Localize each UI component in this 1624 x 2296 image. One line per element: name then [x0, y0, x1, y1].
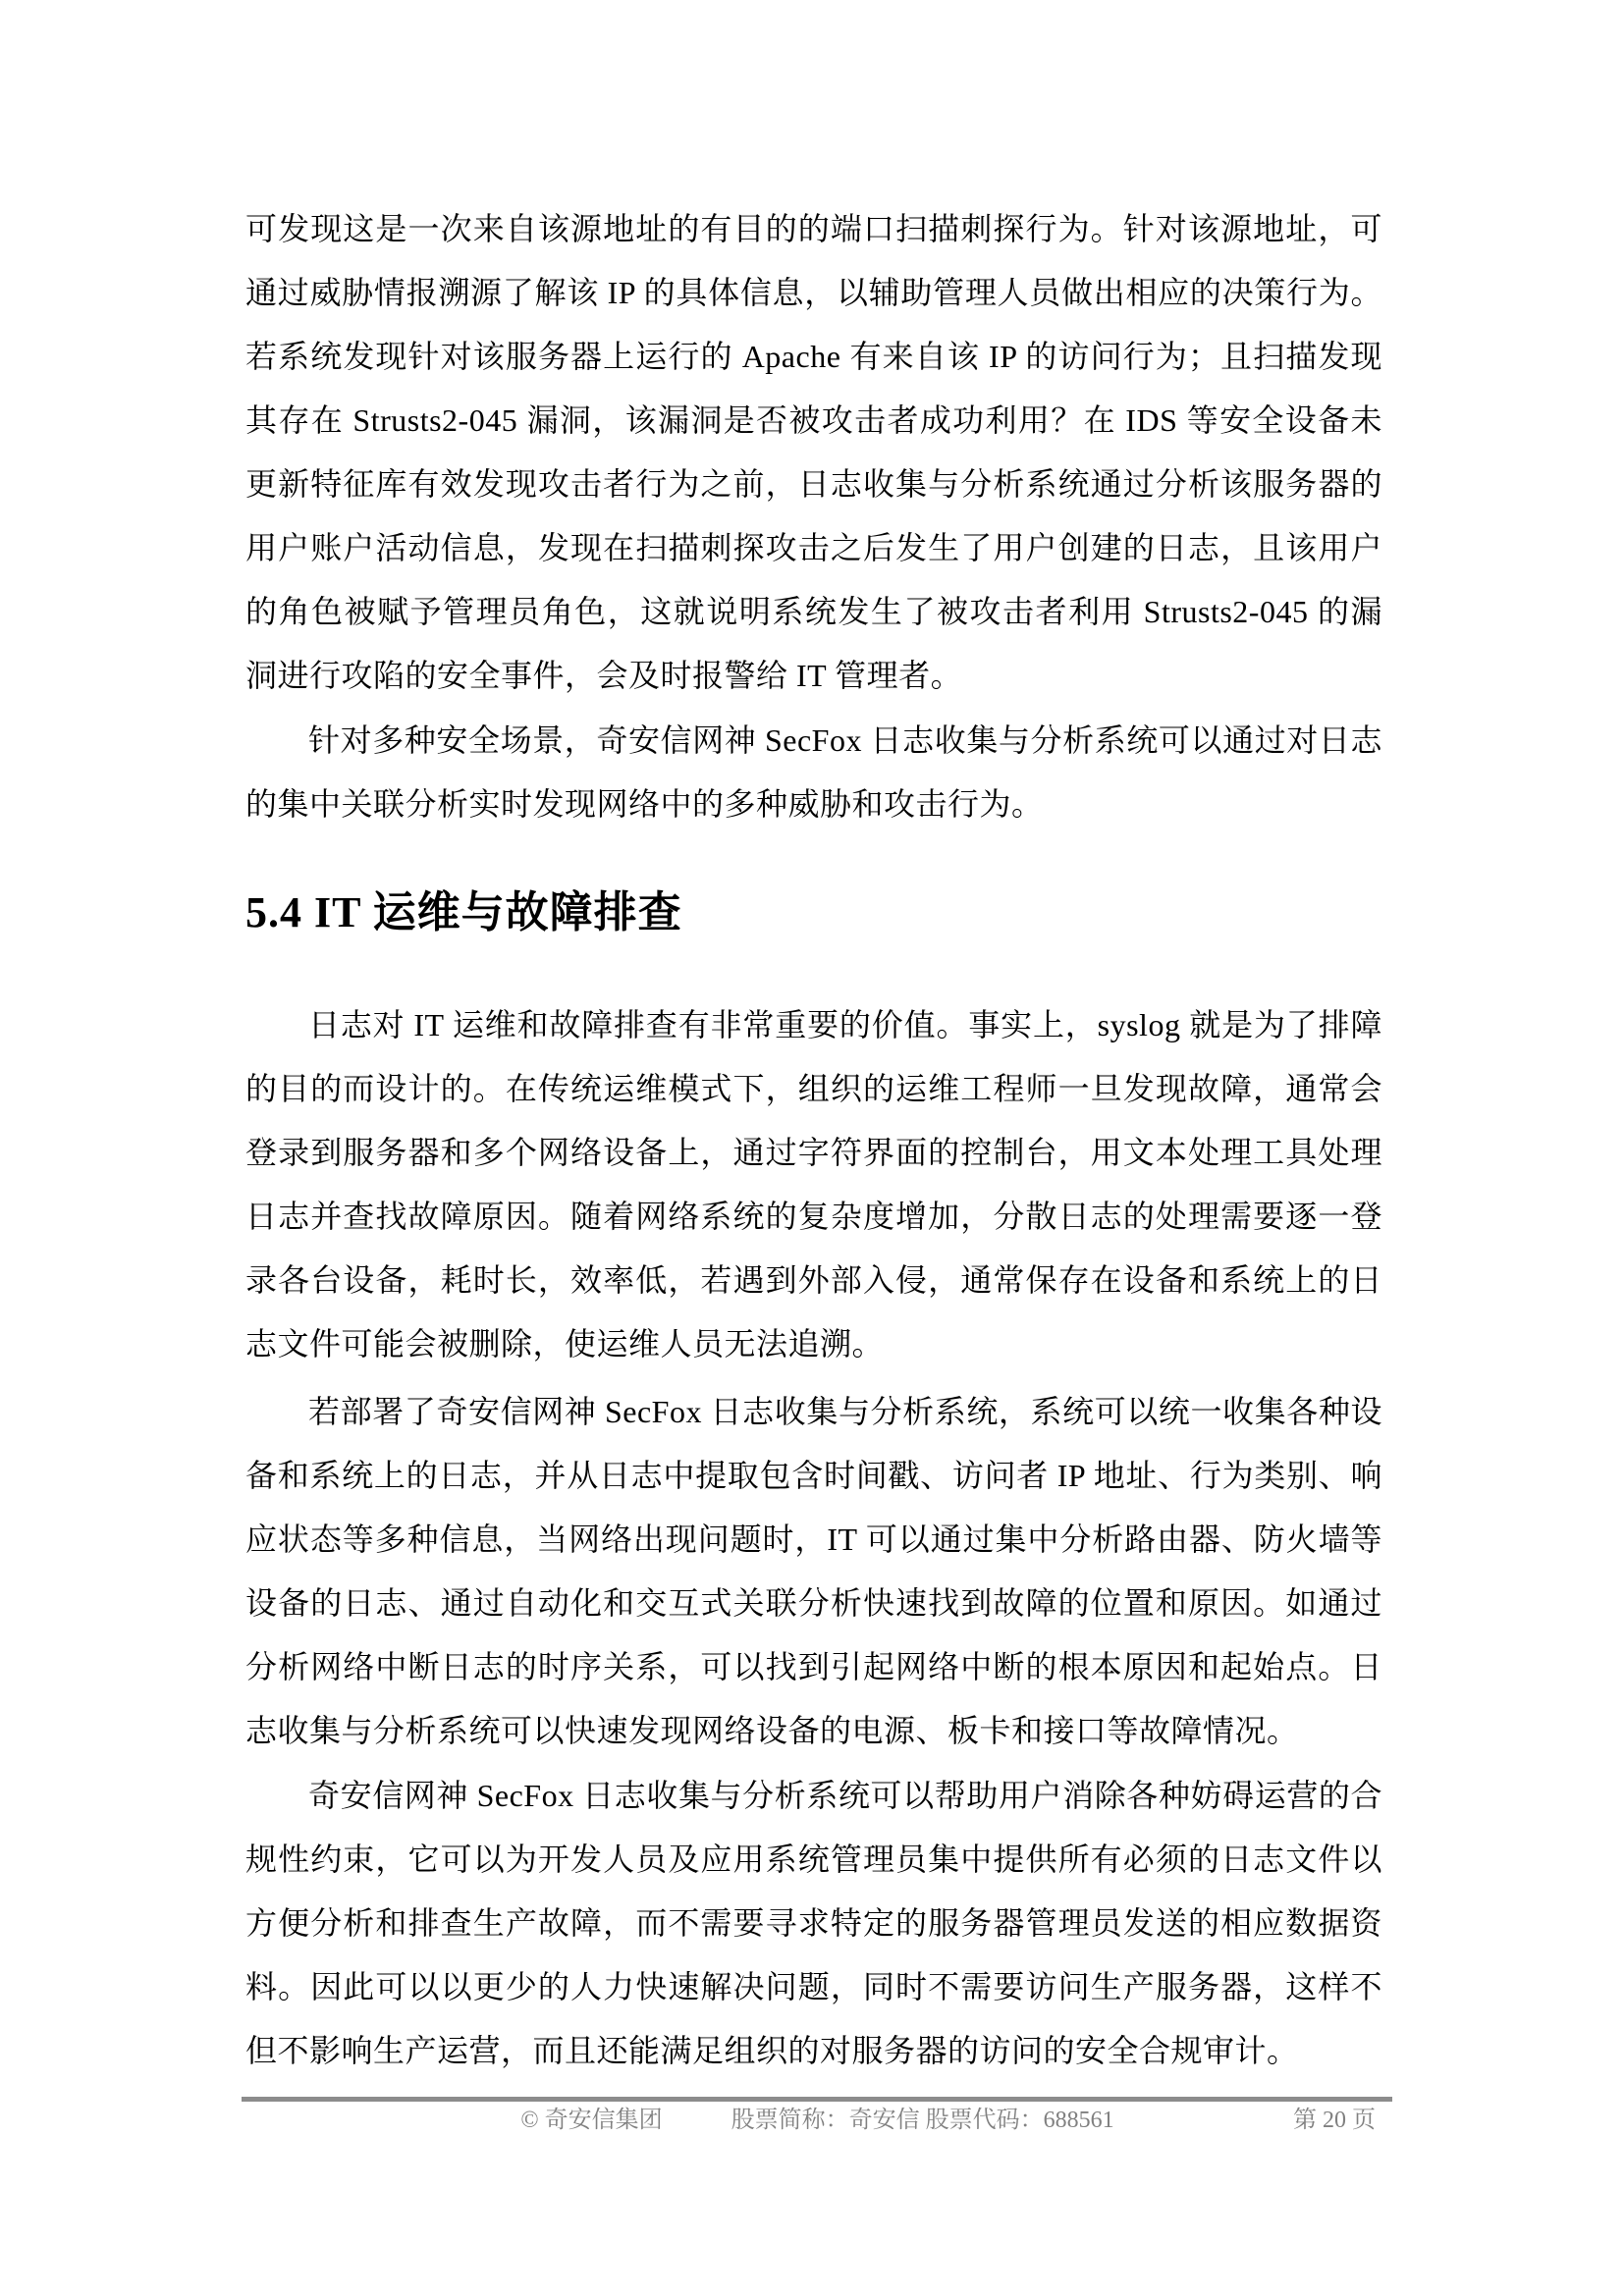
body-paragraph: 日志对 IT 运维和故障排查有非常重要的价值。事实上，syslog 就是为了排障… — [245, 993, 1382, 1376]
section-heading-5-4: 5.4 IT 运维与故障排查 — [245, 886, 1382, 939]
section-paragraph-block-3: 奇安信网神 SecFox 日志收集与分析系统可以帮助用户消除各种妨碍运营的合规性… — [245, 1764, 1382, 2083]
document-page: 可发现这是一次来自该源地址的有目的的端口扫描刺探行为。针对该源地址，可通过威胁情… — [0, 0, 1624, 2296]
intro-paragraph-block-2: 针对多种安全场景，奇安信网神 SecFox 日志收集与分析系统可以通过对日志的集… — [245, 709, 1382, 836]
body-paragraph: 针对多种安全场景，奇安信网神 SecFox 日志收集与分析系统可以通过对日志的集… — [245, 709, 1382, 836]
footer-copyright: © 奇安信集团 — [520, 2105, 662, 2136]
footer-divider-rule — [242, 2097, 1392, 2102]
body-paragraph: 可发现这是一次来自该源地址的有目的的端口扫描刺探行为。针对该源地址，可通过威胁情… — [245, 197, 1382, 708]
section-paragraph-block-2: 若部署了奇安信网神 SecFox 日志收集与分析系统，系统可以统一收集各种设备和… — [245, 1380, 1382, 1763]
intro-paragraph-block-1: 可发现这是一次来自该源地址的有目的的端口扫描刺探行为。针对该源地址，可通过威胁情… — [245, 197, 1382, 708]
body-paragraph: 奇安信网神 SecFox 日志收集与分析系统可以帮助用户消除各种妨碍运营的合规性… — [245, 1764, 1382, 2083]
footer-page-number: 第 20 页 — [1293, 2105, 1376, 2136]
section-heading-block: 5.4 IT 运维与故障排查 — [245, 886, 1382, 939]
page-footer: © 奇安信集团 股票简称：奇安信 股票代码：688561 第 20 页 — [245, 2105, 1389, 2136]
body-paragraph: 若部署了奇安信网神 SecFox 日志收集与分析系统，系统可以统一收集各种设备和… — [245, 1380, 1382, 1763]
footer-stock-info: 股票简称：奇安信 股票代码：688561 — [731, 2105, 1114, 2136]
section-paragraph-block-1: 日志对 IT 运维和故障排查有非常重要的价值。事实上，syslog 就是为了排障… — [245, 993, 1382, 1376]
